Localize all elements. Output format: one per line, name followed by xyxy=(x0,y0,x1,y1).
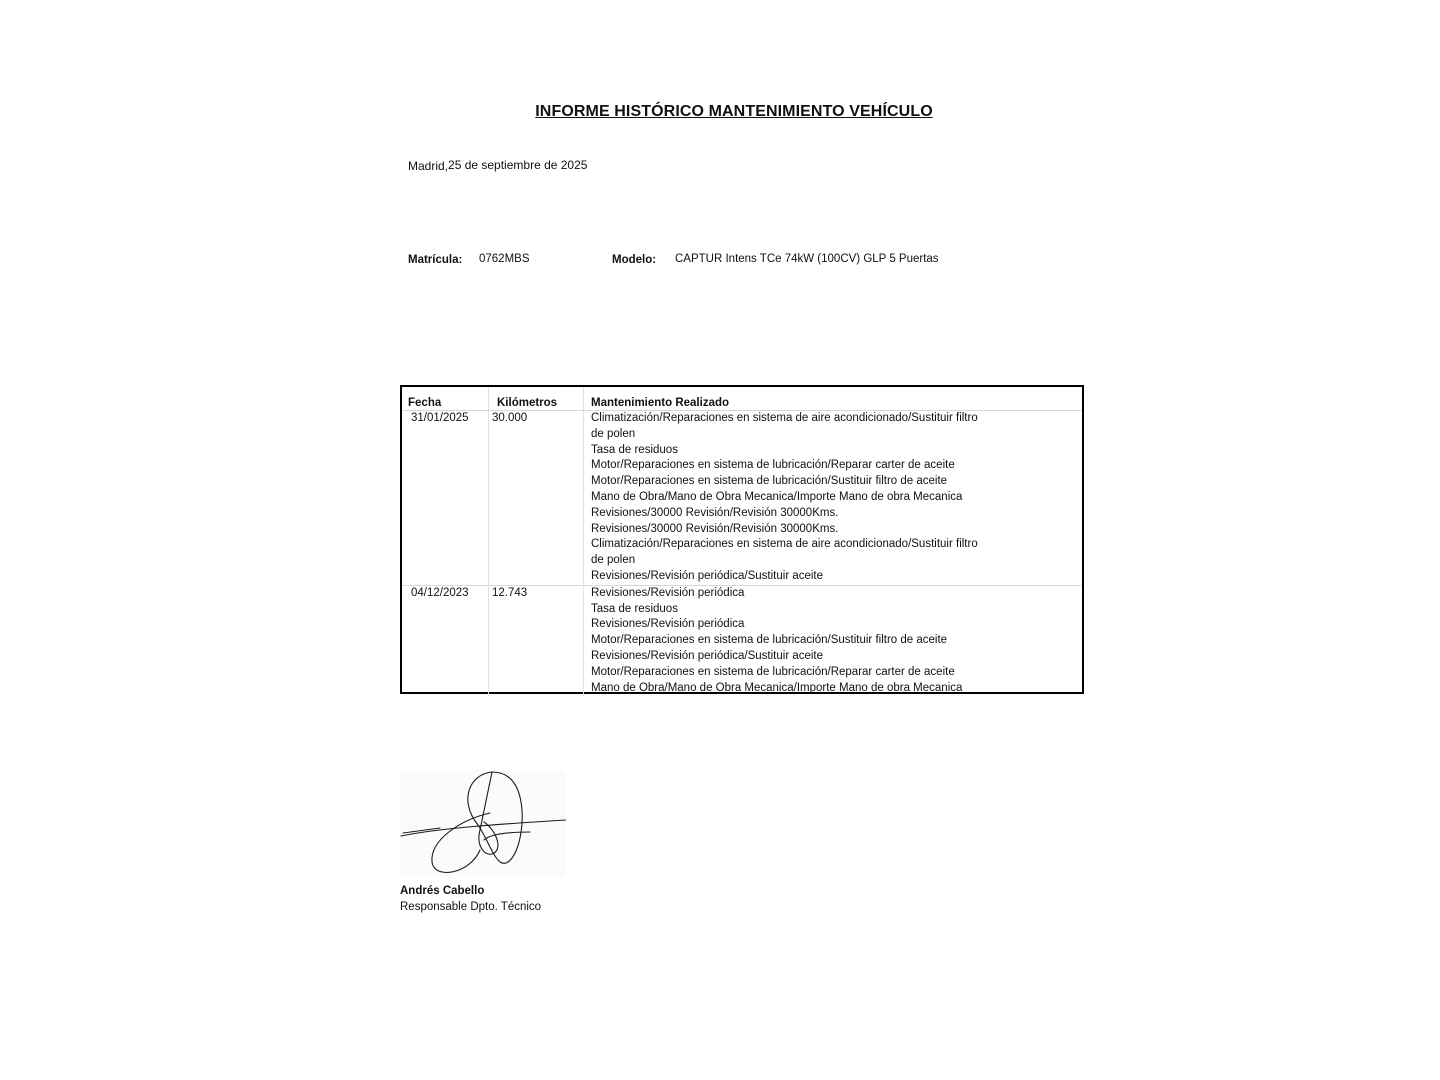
cell-date: 04/12/2023 xyxy=(402,585,489,696)
maintenance-item: Climatización/Reparaciones en sistema de… xyxy=(591,537,992,569)
maintenance-item: Revisiones/Revisión periódica xyxy=(591,617,992,633)
header-km: Kilómetros xyxy=(489,387,584,411)
maintenance-table: Fecha Kilómetros Mantenimiento Realizado… xyxy=(400,385,1084,694)
maintenance-item: Motor/Reparaciones en sistema de lubrica… xyxy=(591,665,992,681)
cell-maintenance: Climatización/Reparaciones en sistema de… xyxy=(584,411,1083,586)
signature-image xyxy=(400,770,566,878)
model-value: CAPTUR Intens TCe 74kW (100CV) GLP 5 Pue… xyxy=(675,253,939,265)
maintenance-item: Motor/Reparaciones en sistema de lubrica… xyxy=(591,633,992,649)
maintenance-item: Motor/Reparaciones en sistema de lubrica… xyxy=(591,458,992,474)
plate-value: 0762MBS xyxy=(479,253,530,265)
maintenance-item: Motor/Reparaciones en sistema de lubrica… xyxy=(591,474,992,490)
header-maintenance: Mantenimiento Realizado xyxy=(584,387,1083,411)
header-date: Fecha xyxy=(402,387,489,411)
report-date: 25 de septiembre de 2025 xyxy=(448,158,587,172)
maintenance-item: Tasa de residuos xyxy=(591,443,992,459)
maintenance-item: Revisiones/Revisión periódica/Sustituir … xyxy=(591,649,992,665)
maintenance-item: Revisiones/Revisión periódica/Sustituir … xyxy=(591,569,992,585)
maintenance-item: Revisiones/30000 Revisión/Revisión 30000… xyxy=(591,522,992,538)
plate-label: Matrícula: xyxy=(408,254,462,266)
city: Madrid, xyxy=(408,159,448,173)
maintenance-item: Revisiones/Revisión periódica xyxy=(591,586,992,602)
table-header-row: Fecha Kilómetros Mantenimiento Realizado xyxy=(402,387,1082,411)
signer-role: Responsable Dpto. Técnico xyxy=(400,901,541,913)
signer-name: Andrés Cabello xyxy=(400,885,484,897)
maintenance-item: Mano de Obra/Mano de Obra Mecanica/Impor… xyxy=(591,681,992,697)
place-date: Madrid,25 de septiembre de 2025 xyxy=(408,158,587,172)
model-label: Modelo: xyxy=(612,254,656,266)
maintenance-item: Mano de Obra/Mano de Obra Mecanica/Impor… xyxy=(591,490,992,506)
document-title: INFORME HISTÓRICO MANTENIMIENTO VEHÍCULO xyxy=(0,103,1440,121)
table-row: 04/12/202312.743Revisiones/Revisión peri… xyxy=(402,585,1082,696)
maintenance-item: Tasa de residuos xyxy=(591,602,992,618)
cell-maintenance: Revisiones/Revisión periódicaTasa de res… xyxy=(584,585,1083,696)
table-row: 31/01/202530.000Climatización/Reparacion… xyxy=(402,411,1082,586)
signature-icon xyxy=(400,770,566,878)
cell-km: 30.000 xyxy=(489,411,584,586)
cell-km: 12.743 xyxy=(489,585,584,696)
maintenance-item: Climatización/Reparaciones en sistema de… xyxy=(591,411,992,443)
maintenance-item: Revisiones/30000 Revisión/Revisión 30000… xyxy=(591,506,992,522)
cell-date: 31/01/2025 xyxy=(402,411,489,586)
